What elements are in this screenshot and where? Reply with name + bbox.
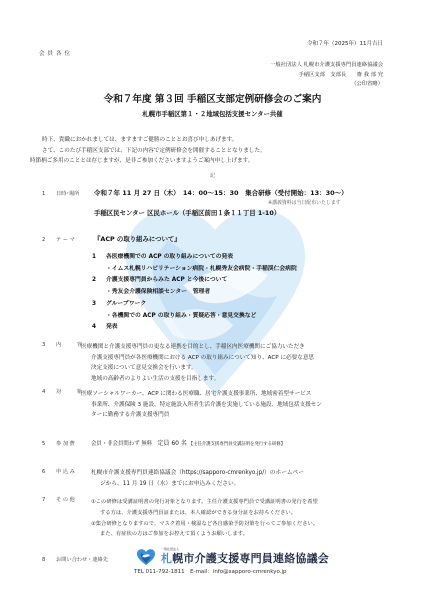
agenda-item: 3グループワーク — [92, 299, 297, 311]
content-line: 決定支援について意見交換会を行います。 — [91, 363, 314, 374]
note-line: ②集合研修となりますので、マスク着用・検温など各自感染予防対策を行ってご参加くだ… — [91, 519, 318, 530]
content-line: 地域の高齢者のよりよい生活の支援を目指します。 — [91, 374, 314, 385]
event-datetime: 令和７年 11 月 27 日（木） 14：00～15：30 集合研修（受付開始：… — [94, 189, 348, 197]
section-3-label: 3内 容 — [42, 342, 82, 349]
audience-line: 医療ソーシャルワーカー、ACP に関わる医療職、居宅介護支援事業所、地域密着型サ… — [81, 389, 322, 400]
organization-name: 札幌市介護支援専門員連絡協議会 — [161, 552, 329, 566]
application-line: 札幌市介護支援専門員連絡協議会（https://sapporo-cmrenkyo… — [91, 468, 304, 479]
section-number: 3 — [42, 342, 56, 349]
target-audience: 医療ソーシャルワーカー、ACP に関わる医療職、居宅介護支援事業所、地域密着型サ… — [91, 389, 322, 421]
section-label-text: 参 加 費 — [56, 441, 75, 447]
agenda-text: グループワーク — [106, 301, 146, 307]
certificate-note: 【主任介護支援専門員受講証明を発行する研修】 — [189, 442, 286, 447]
section-label-text: お問い合わせ・連絡先 — [56, 557, 108, 563]
section-7-label: 7そ の 他 — [42, 497, 75, 504]
participation-fee: 会員・非会員問わず 無料 定員 60 名 【主任介護支援専門員受講証明を発行する… — [91, 440, 285, 448]
contact-info: TEL 011-792-1811 E-mail：info@sapporo-cmr… — [134, 569, 287, 576]
document-title: 令和７年度 第３回 手稲区支部定例研修会のご案内 — [0, 94, 425, 106]
capacity: 定員 60 名 — [157, 440, 186, 447]
section-number: 8 — [42, 557, 56, 564]
section-number: 1 — [42, 191, 56, 198]
materials-note: ※講義資料は当日配布いたします — [268, 200, 341, 206]
section-6-label: 6申 込 み — [42, 469, 75, 476]
event-venue: 手稲区民センター 区民ホール（手稲区前田１条１１丁目 1-10） — [94, 209, 280, 217]
organization-heart-logo-icon — [136, 548, 156, 566]
agenda-text: 発表 — [106, 324, 118, 330]
agenda-text: 各医療機関での ACP の取り組みについての発表 — [106, 254, 233, 260]
agenda-subitem: ・イムス札幌リハビリテーション病院・札幌秀友会病院・手稲渓仁会病院 — [92, 264, 297, 276]
section-label-text: 対 象 — [56, 389, 82, 395]
agenda-list: 1各医療機関での ACP の取り組みについての発表 ・イムス札幌リハビリテーショ… — [92, 252, 297, 334]
note-line: ①この研修は受講証明書の発行対象となります。主任介護支援専門員で受講証明書の発行… — [91, 497, 318, 508]
theme-title: 『ACP の取り組みについて』 — [94, 235, 181, 243]
agenda-subitem: ・秀友会介護保険相談センター 管理者 — [92, 287, 297, 299]
section-label-text: そ の 他 — [56, 497, 75, 503]
ki-heading: 記 — [0, 173, 425, 179]
greeting-line: さて、このたび手稲区支部では、下記の内容で定例研修会を開催することとなりました。 — [30, 146, 266, 157]
section-4-label: 4対 象 — [42, 389, 82, 396]
section-number: 5 — [42, 441, 56, 448]
fee-text: 会員・非会員問わず 無料 — [91, 441, 157, 447]
section-label-text: 日時･場所 — [56, 191, 79, 197]
section-number: 4 — [42, 389, 56, 396]
audience-line: ターに勤務する介護支援専門員 — [91, 410, 322, 421]
sender-block: 一般社団法人 札幌市介護支援専門員連絡協議会 手稲区支部 支部長 齋 我 部 究… — [270, 61, 383, 90]
note-line: また、有症状の方はご参加をお控えて頂くようお願いします。 — [91, 529, 318, 540]
section-1-label: 1日時･場所 — [42, 191, 79, 198]
agenda-item: 2介護支援専門員からみた ACP と今後について — [92, 275, 297, 287]
section-5-label: 5参 加 費 — [42, 441, 75, 448]
section-number: 6 — [42, 469, 56, 476]
agenda-number: 3 — [92, 299, 106, 311]
agenda-number: 4 — [92, 322, 106, 334]
other-notes: ①この研修は受講証明書の発行対象となります。主任介護支援専門員で受講証明書の発行… — [91, 497, 318, 540]
section-label-text: 申 込 み — [56, 469, 75, 475]
section-8-label: 8お問い合わせ・連絡先 — [42, 557, 108, 564]
audience-line: 事業所、介護保険 3 施設、特定施設入所者生活介護を実施している施設、地域包括支… — [91, 400, 322, 411]
agenda-item: 4発表 — [92, 322, 297, 334]
agenda-text: 介護支援専門員からみた ACP と今後について — [106, 277, 227, 283]
seal-note: （公印省略） — [270, 80, 383, 90]
section-label-text: テ ー マ — [56, 237, 75, 243]
greeting-line: 時節柄ご多用のこととは存じますが、是非ご参加くださいますようご案内申し上げます。 — [30, 156, 266, 167]
section-2-label: 2テ ー マ — [42, 237, 75, 244]
agenda-number: 2 — [92, 275, 106, 287]
sender-organization: 一般社団法人 札幌市介護支援専門員連絡協議会 — [270, 61, 383, 71]
agenda-subitem: ・各機関での ACP の取り組み・質疑応答・意見交換など — [92, 311, 297, 323]
addressee: 会員各位 — [39, 51, 73, 58]
agenda-item: 1各医療機関での ACP の取り組みについての発表 — [92, 252, 297, 264]
agenda-number: 1 — [92, 252, 106, 264]
content-description: 医療機関と介護支援専門員の更なる連携を目的とし、手稲区内医療機関にご協力いただき… — [91, 342, 314, 384]
application-line: ジから、11 月 19 日（水）までにお申込みください。 — [91, 479, 304, 490]
note-line: する方は、介護支援専門員証または、本人確認ができる身分証をお持ちください。 — [91, 508, 318, 519]
greeting-line: 時下、貴職におかれましては、ますますご健勝のこととお喜び申しあげます。 — [30, 135, 266, 146]
content-line: 医療機関と介護支援専門員の更なる連携を目的とし、手稲区内医療機関にご協力いただき — [81, 342, 314, 353]
document-page: 令和７年（2025年）11月吉日 会員各位 一般社団法人 札幌市介護支援専門員連… — [0, 0, 425, 600]
content-line: 介護支援専門員が各医療機関における ACP の取り組みについて知り、ACP に必… — [91, 353, 314, 364]
organization-name-first-char: 札 — [161, 552, 172, 565]
greeting-paragraph: 時下、貴職におかれましては、ますますご健勝のこととお喜び申しあげます。 さて、こ… — [30, 135, 266, 167]
organization-name-rest: 幌市介護支援専門員連絡協議会 — [172, 552, 329, 565]
document-date: 令和７年（2025年）11月吉日 — [307, 41, 383, 48]
document-subtitle: 札幌市手稲区第１・２地域包括支援センター共催 — [0, 110, 425, 118]
section-number: 7 — [42, 497, 56, 504]
section-label-text: 内 容 — [56, 342, 82, 348]
application-info: 札幌市介護支援専門員連絡協議会（https://sapporo-cmrenkyo… — [91, 468, 304, 490]
sender-branch: 手稲区支部 支部長 齋 我 部 究 — [270, 71, 383, 81]
section-number: 2 — [42, 237, 56, 244]
